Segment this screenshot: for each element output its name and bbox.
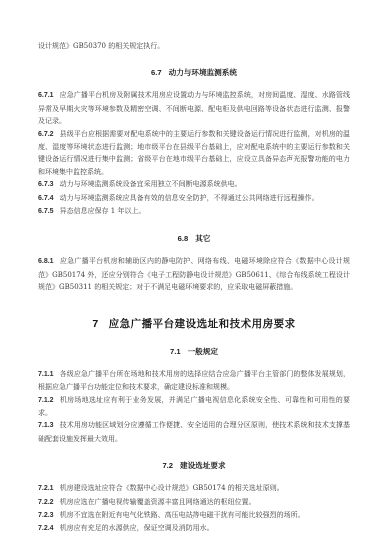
- clause-number: 7.2.2: [38, 499, 54, 506]
- clause-text: 动力与环境监测系统应具备有效的信息安全防护，不得通过公共网络进行远程操作。: [60, 194, 319, 202]
- clause-number: 7.2.4: [38, 525, 54, 532]
- clause-6-7-5: 6.7.5异态信息应保存 1 年以上。: [38, 205, 350, 218]
- clause-text: 机房应选在广播电视传输覆盖资源丰富且网络通达的枢纽位置。: [60, 498, 256, 506]
- clause-6-7-1: 6.7.1应急广播平台机房及附属技术用房应设置动力与环境监控系统，对房间温度、湿…: [38, 89, 350, 127]
- chapter-number: 7: [92, 318, 98, 330]
- section-title: 动力与环境监测系统: [169, 68, 237, 77]
- clause-number: 6.8.1: [38, 258, 54, 265]
- clause-text: 机房建设选址应符合《数据中心设计规范》GB50174 的相关选址原则。: [60, 484, 284, 492]
- section-number: 6.7: [151, 68, 162, 77]
- section-title: 其它: [195, 234, 210, 243]
- clause-number: 7.1.2: [38, 397, 54, 404]
- section-title: 一般规定: [188, 347, 218, 356]
- section-number: 7.2: [162, 461, 173, 470]
- section-heading-6-8: 6.8其它: [38, 233, 350, 245]
- clause-6-7-3: 6.7.3动力与环境监测系统设备宜采用独立不间断电源系统供电。: [38, 178, 350, 191]
- clause-7-2-2: 7.2.2机房应选在广播电视传输覆盖资源丰富且网络通达的枢纽位置。: [38, 496, 350, 509]
- clause-number: 7.1.3: [38, 422, 54, 429]
- clause-number: 7.1.1: [38, 371, 54, 378]
- clause-text: 异态信息应保存 1 年以上。: [60, 207, 146, 215]
- clause-number: 7.2.1: [38, 485, 54, 492]
- clause-text: 应急广播平台机房及附属技术用房应设置动力与环境监控系统，对房间温度、湿度、水路管…: [38, 91, 350, 125]
- clause-7-1-2: 7.1.2机房场地选址应有利于业务发展，并满足广播电视信息化系统安全性、可靠性和…: [38, 394, 350, 420]
- clause-number: 6.7.3: [38, 181, 54, 188]
- clause-6-7-2: 6.7.2县级平台应根据需要对配电系统中的主要运行参数和关键设备运行情况进行监测…: [38, 128, 350, 179]
- continuation-paragraph: 设计规范》GB50370 的相关规定执行。: [38, 40, 350, 52]
- section-number: 6.8: [178, 234, 189, 243]
- section-number: 7.1: [170, 347, 181, 356]
- clause-7-2-1: 7.2.1机房建设选址应符合《数据中心设计规范》GB50174 的相关选址原则。: [38, 482, 350, 495]
- clause-7-1-1: 7.1.1各级应急广播平台所在场地和技术用房的选择应结合应急广播平台主管部门的整…: [38, 368, 350, 394]
- clause-7-2-4: 7.2.4机房应有充足的水源供应，保证空调及消防用水。: [38, 522, 350, 535]
- clause-text: 机房应有充足的水源供应，保证空调及消防用水。: [60, 524, 214, 532]
- clause-text: 机房场地选址应有利于业务发展，并满足广播电视信息化系统安全性、可靠性和可用性的要…: [38, 396, 350, 417]
- clause-6-8-1: 6.8.1应急广播平台机房和辅助区内的静电防护、网络布线、电磁环境除应符合《数据…: [38, 255, 350, 293]
- document-page: 设计规范》GB50370 的相关规定执行。 6.7动力与环境监测系统 6.7.1…: [0, 0, 386, 545]
- clause-6-7-4: 6.7.4动力与环境监测系统应具备有效的信息安全防护，不得通过公共网络进行远程操…: [38, 192, 350, 205]
- section-heading-6-7: 6.7动力与环境监测系统: [38, 67, 350, 79]
- clause-number: 6.7.1: [38, 92, 54, 99]
- clause-number: 6.7.4: [38, 195, 54, 202]
- section-heading-7-2: 7.2建设选址要求: [38, 460, 350, 472]
- clause-text: 动力与环境监测系统设备宜采用独立不间断电源系统供电。: [60, 180, 242, 188]
- section-title: 建设选址要求: [180, 461, 226, 470]
- clause-text: 技术用房功能区域划分应遵循工作便捷、安全适用的合理分区原则，使技术系统和技术支撑…: [38, 421, 350, 442]
- page-number: 7: [0, 515, 386, 521]
- clause-text: 县级平台应根据需要对配电系统中的主要运行参数和关键设备运行情况进行监测，对机房的…: [38, 130, 350, 176]
- continuation-text: 设计规范》GB50370 的相关规定执行。: [38, 42, 164, 50]
- clause-number: 6.7.5: [38, 208, 54, 215]
- clause-7-1-3: 7.1.3技术用房功能区域划分应遵循工作便捷、安全适用的合理分区原则，使技术系统…: [38, 419, 350, 445]
- section-heading-7-1: 7.1一般规定: [38, 346, 350, 358]
- chapter-title: 应急广播平台建设选址和技术用房要求: [109, 318, 296, 330]
- clause-text: 应急广播平台机房和辅助区内的静电防护、网络布线、电磁环境除应符合《数据中心设计规…: [38, 257, 350, 291]
- clause-text: 各级应急广播平台所在场地和技术用房的选择应结合应急广播平台主管部门的整体发展规划…: [38, 370, 350, 391]
- clause-number: 6.7.2: [38, 131, 54, 138]
- chapter-heading-7: 7应急广播平台建设选址和技术用房要求: [38, 317, 350, 331]
